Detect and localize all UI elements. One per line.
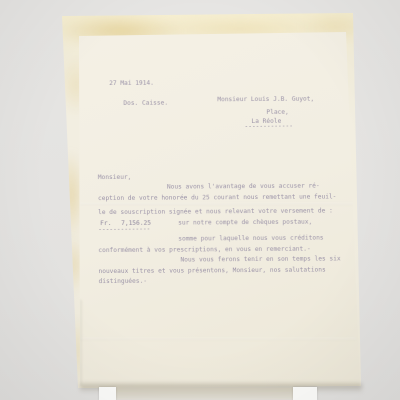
- recipient-name: Monsieur Louis J.B. Guyot,: [217, 96, 314, 104]
- recipient-line2: Place,: [266, 109, 288, 116]
- amount-underline: --------------: [98, 226, 150, 233]
- stand-shadow: [112, 387, 304, 400]
- body-line: nouveaux titres et vous présentons, Mons…: [98, 266, 325, 275]
- body-line: distinguées.-: [99, 278, 147, 285]
- letter-text: 27 Mai 1914. Dos. Caisse. Monsieur Louis…: [0, 0, 400, 400]
- stand-foot-right: [293, 387, 317, 400]
- body-line: conformément à vos prescriptions, en vou…: [98, 246, 310, 254]
- letter-reference: Dos. Caisse.: [123, 100, 168, 107]
- body-line: somme pour laquelle nous vous créditons: [178, 235, 323, 243]
- letter-date: 27 Mai 1914.: [109, 80, 154, 87]
- salutation: Monsieur,: [98, 174, 132, 181]
- city-underline: -------------: [244, 123, 292, 130]
- body-line: ception de votre honorée du 25 courant n…: [98, 193, 336, 202]
- body-line: Nous avons l'avantage de vous accuser ré…: [167, 183, 320, 191]
- body-line: sur notre compte de chèques postaux,: [178, 219, 312, 227]
- body-line: Nous vous ferons tenir en son temps les …: [180, 255, 340, 263]
- body-line: le de souscription signée et nous releva…: [98, 207, 333, 216]
- photo-of-letter: 27 Mai 1914. Dos. Caisse. Monsieur Louis…: [0, 0, 400, 400]
- stand-foot-left: [99, 387, 116, 400]
